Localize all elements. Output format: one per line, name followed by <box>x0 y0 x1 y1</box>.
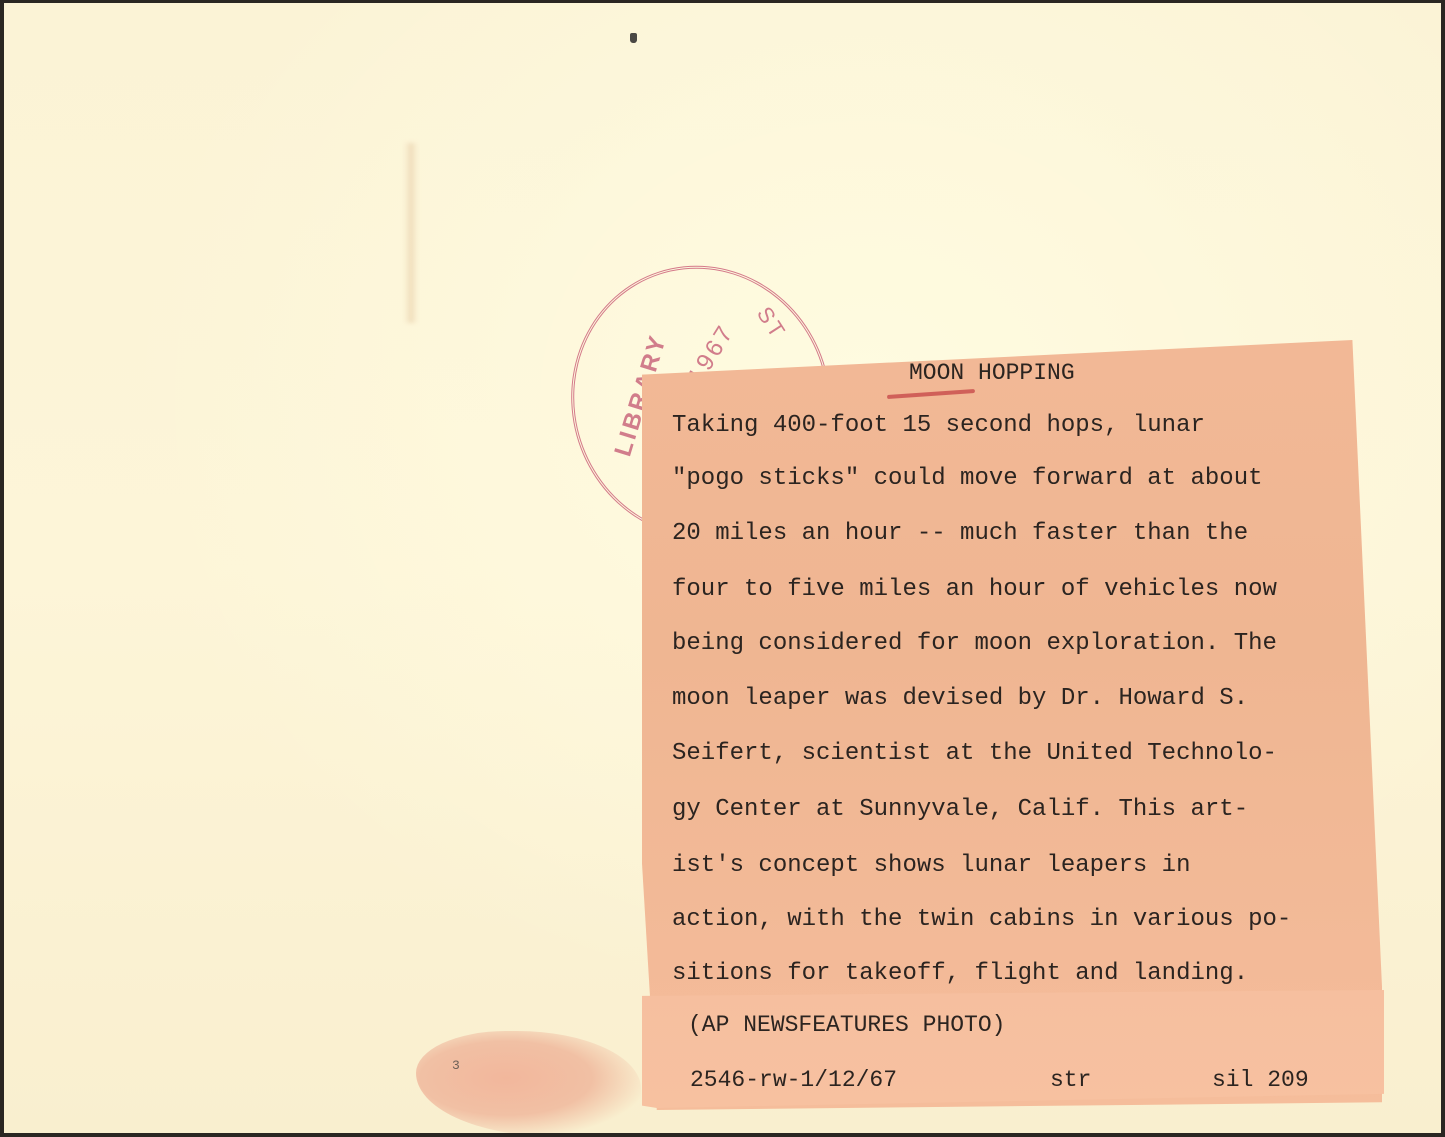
file-code: 2546-rw-1/12/67 <box>690 1067 897 1093</box>
stain-mark: 3 <box>452 1058 460 1073</box>
caption-line: ist's concept shows lunar leapers in <box>672 852 1190 879</box>
caption-line: 20 miles an hour -- much faster than the <box>672 520 1248 547</box>
caption-headline: MOON HOPPING <box>909 360 1075 386</box>
stamp-partial-right: ST <box>751 302 791 345</box>
caption-line: moon leaper was devised by Dr. Howard S. <box>672 685 1248 712</box>
caption-line: gy Center at Sunnyvale, Calif. This art- <box>672 796 1248 823</box>
caption-line: Taking 400-foot 15 second hops, lunar <box>672 412 1205 439</box>
paper-crease <box>404 143 418 323</box>
caption-line: action, with the twin cabins in various … <box>672 906 1291 933</box>
paper-stain <box>416 1031 641 1133</box>
caption-line: sitions for takeoff, flight and landing. <box>672 960 1248 987</box>
caption-line: "pogo sticks" could move forward at abou… <box>672 465 1263 492</box>
reference-code: sil 209 <box>1212 1067 1309 1093</box>
caption-line: Seifert, scientist at the United Technol… <box>672 740 1277 767</box>
slug-code: str <box>1050 1067 1091 1093</box>
caption-line: four to five miles an hour of vehicles n… <box>672 576 1277 603</box>
pin-mark <box>630 33 637 43</box>
caption-line: being considered for moon exploration. T… <box>672 630 1277 657</box>
photo-credit: (AP NEWSFEATURES PHOTO) <box>688 1012 1005 1038</box>
